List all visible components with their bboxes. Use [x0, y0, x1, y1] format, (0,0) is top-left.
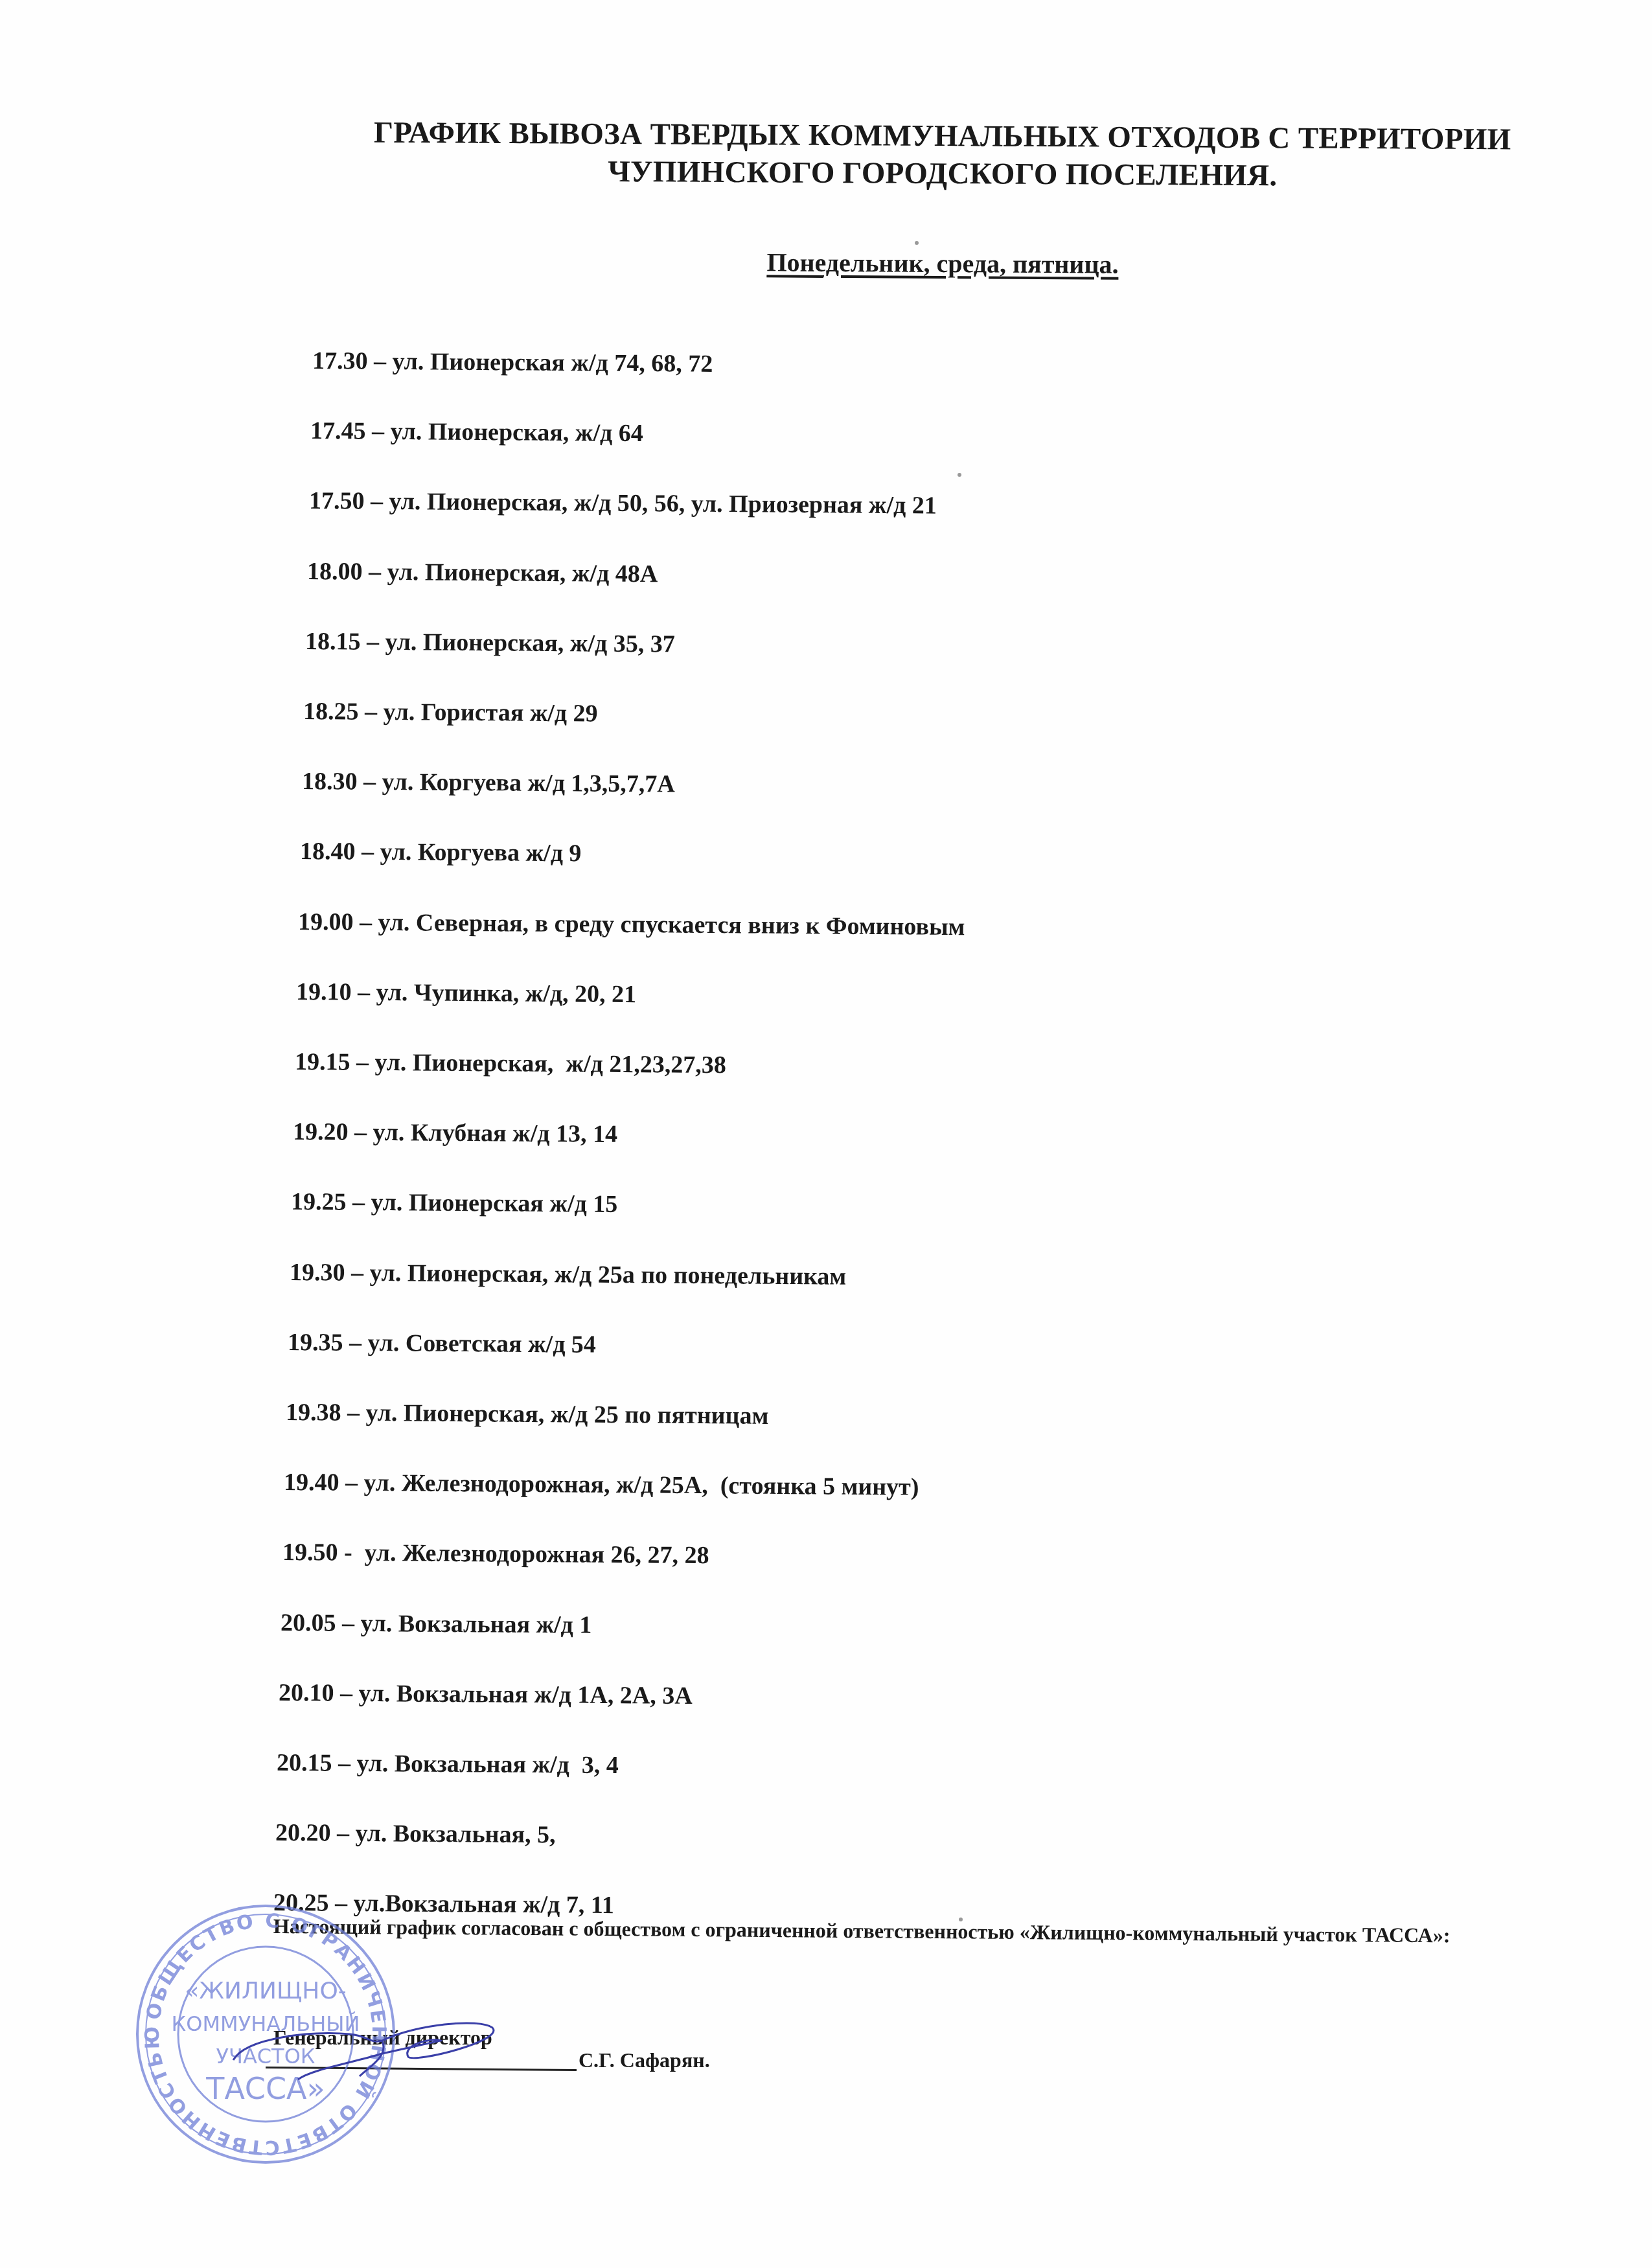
pickup-address: ул. Советская ж/д 54 — [367, 1329, 596, 1358]
pickup-time: 20.05 — [281, 1609, 336, 1637]
pickup-time: 19.30 — [289, 1259, 345, 1287]
schedule-row: 17.45 – ул. Пионерская, ж/д 64 — [310, 417, 643, 448]
schedule-row: 18.40 – ул. Коргуева ж/д 9 — [300, 837, 582, 867]
separator: – — [347, 1189, 371, 1216]
schedule-row: 20.05 – ул. Вокзальная ж/д 1 — [281, 1609, 592, 1640]
separator: – — [367, 348, 392, 375]
pickup-address: ул. Пионерская, ж/д 25а по понедельникам — [369, 1259, 846, 1290]
schedule-row: 19.38 – ул. Пионерская, ж/д 25 по пятниц… — [286, 1398, 769, 1430]
pickup-address: ул. Вокзальная ж/д 1А, 2А, 3А — [359, 1680, 693, 1710]
pickup-time: 20.10 — [279, 1679, 334, 1707]
scan-speck — [958, 473, 961, 477]
schedule-row: 20.15 – ул. Вокзальная ж/д 3, 4 — [277, 1748, 619, 1780]
handwritten-signature-icon — [220, 2005, 518, 2089]
separator: – — [360, 628, 385, 655]
separator: – — [362, 558, 387, 585]
pickup-address: ул. Коргуева ж/д 9 — [380, 838, 581, 867]
separator: – — [348, 1119, 373, 1146]
separator: – — [357, 768, 382, 796]
separator: – — [339, 1469, 364, 1496]
pickup-address: ул. Вокзальная ж/д 1 — [360, 1610, 591, 1639]
pickup-time: 19.10 — [296, 978, 352, 1006]
pickup-time: 19.15 — [295, 1048, 350, 1076]
separator: – — [341, 1399, 365, 1426]
pickup-address: ул. Клубная ж/д 13, 14 — [373, 1119, 617, 1148]
schedule-row: 19.15 – ул. Пионерская, ж/д 21,23,27,38 — [295, 1048, 726, 1079]
pickup-address: ул. Железнодорожная 26, 27, 28 — [364, 1539, 709, 1569]
schedule-row: 18.00 – ул. Пионерская, ж/д 48А — [307, 557, 658, 588]
scan-speck — [959, 1918, 963, 1921]
pickup-time: 19.25 — [291, 1188, 347, 1216]
pickup-address: ул. Коргуева ж/д 1,3,5,7,7А — [382, 768, 675, 798]
schedule-row: 18.25 – ул. Гористая ж/д 29 — [303, 697, 598, 728]
pickup-time: 17.45 — [310, 417, 366, 445]
separator: – — [336, 1609, 360, 1636]
pickup-address: ул. Пионерская ж/д 15 — [371, 1189, 618, 1218]
pickup-time: 17.30 — [312, 347, 368, 375]
pickup-address: ул. Пионерская, ж/д 50, 56, ул. Приозерн… — [389, 488, 937, 520]
pickup-address: ул. Пионерская, ж/д 64 — [391, 418, 644, 447]
schedule-row: 20.10 – ул. Вокзальная ж/д 1А, 2А, 3А — [279, 1678, 693, 1710]
pickup-time: 20.15 — [277, 1749, 332, 1777]
separator: – — [364, 488, 389, 515]
pickup-address: ул. Вокзальная ж/д 3, 4 — [357, 1750, 619, 1779]
schedule-row: 19.30 – ул. Пионерская, ж/д 25а по понед… — [289, 1258, 846, 1291]
pickup-address: ул. Вокзальная, 5, — [355, 1820, 555, 1848]
schedule-row: 19.40 – ул. Железнодорожная, ж/д 25А, (с… — [284, 1468, 919, 1502]
schedule-row: 19.50 - ул. Железнодорожная 26, 27, 28 — [282, 1538, 709, 1570]
schedule-row: 19.00 – ул. Северная, в среду спускается… — [298, 908, 965, 941]
separator: – — [355, 838, 380, 865]
pickup-address: ул. Пионерская ж/д 74, 68, 72 — [392, 348, 713, 378]
pickup-address: ул. Гористая ж/д 29 — [384, 698, 598, 727]
pickup-address: ул. Пионерская, ж/д 25 по пятницам — [365, 1399, 768, 1430]
separator: – — [332, 1750, 357, 1777]
separator: – — [343, 1329, 367, 1356]
pickup-time: 18.30 — [301, 768, 357, 796]
pickup-time: 19.38 — [286, 1399, 341, 1426]
svg-text:«ЖИЛИЩНО-: «ЖИЛИЩНО- — [185, 1978, 347, 2004]
separator: – — [366, 418, 391, 445]
pickup-time: 19.00 — [298, 908, 354, 936]
schedule-row: 19.35 – ул. Советская ж/д 54 — [288, 1328, 596, 1359]
pickup-address: ул. Железнодорожная, ж/д 25А, (стоянка 5… — [364, 1469, 919, 1501]
pickup-time: 19.20 — [293, 1118, 349, 1146]
schedule-row: 19.20 – ул. Клубная ж/д 13, 14 — [293, 1117, 617, 1149]
pickup-address: ул. Пионерская, ж/д 35, 37 — [385, 628, 675, 658]
pickup-time: 18.40 — [300, 838, 356, 865]
pickup-time: 19.50 — [282, 1539, 338, 1566]
separator: – — [334, 1679, 359, 1706]
schedule-row: 17.50 – ул. Пионерская, ж/д 50, 56, ул. … — [308, 487, 936, 520]
separator: – — [345, 1259, 369, 1286]
pickup-time: 18.15 — [305, 628, 361, 656]
signer-name: С.Г. Сафарян. — [579, 2048, 710, 2072]
pickup-address: ул. Чупинка, ж/д, 20, 21 — [376, 979, 637, 1008]
pickup-time: 18.25 — [303, 698, 359, 726]
separator: – — [350, 1049, 374, 1076]
pickup-address: ул. Северная, в среду спускается вниз к … — [378, 909, 965, 941]
schedule-row: 19.25 – ул. Пионерская ж/д 15 — [291, 1187, 618, 1219]
pickup-time: 17.50 — [308, 487, 364, 515]
schedule-row: 18.30 – ул. Коргуева ж/д 1,3,5,7,7А — [301, 767, 674, 799]
schedule-row: 20.20 – ул. Вокзальная, 5, — [275, 1818, 556, 1849]
pickup-time: 19.40 — [284, 1469, 339, 1496]
schedule-list: 17.30 – ул. Пионерская ж/д 74, 68, 7217.… — [0, 0, 1652, 1943]
document-page: ГРАФИК ВЫВОЗА ТВЕРДЫХ КОММУНАЛЬНЫХ ОТХОД… — [0, 0, 1652, 2268]
separator: – — [352, 978, 376, 1005]
pickup-address: ул. Пионерская, ж/д 48А — [387, 558, 658, 588]
pickup-time: 19.35 — [288, 1329, 343, 1357]
scan-speck — [915, 241, 919, 245]
schedule-row: 19.10 – ул. Чупинка, ж/д, 20, 21 — [296, 978, 636, 1009]
separator: – — [359, 698, 384, 726]
pickup-time: 18.00 — [307, 558, 363, 586]
separator: - — [338, 1539, 364, 1566]
separator: – — [330, 1820, 355, 1847]
separator: – — [354, 908, 378, 935]
pickup-address: ул. Пионерская, ж/д 21,23,27,38 — [374, 1049, 726, 1079]
pickup-time: 20.20 — [275, 1819, 331, 1847]
schedule-row: 17.30 – ул. Пионерская ж/д 74, 68, 72 — [312, 347, 713, 378]
schedule-row: 18.15 – ул. Пионерская, ж/д 35, 37 — [305, 627, 675, 658]
